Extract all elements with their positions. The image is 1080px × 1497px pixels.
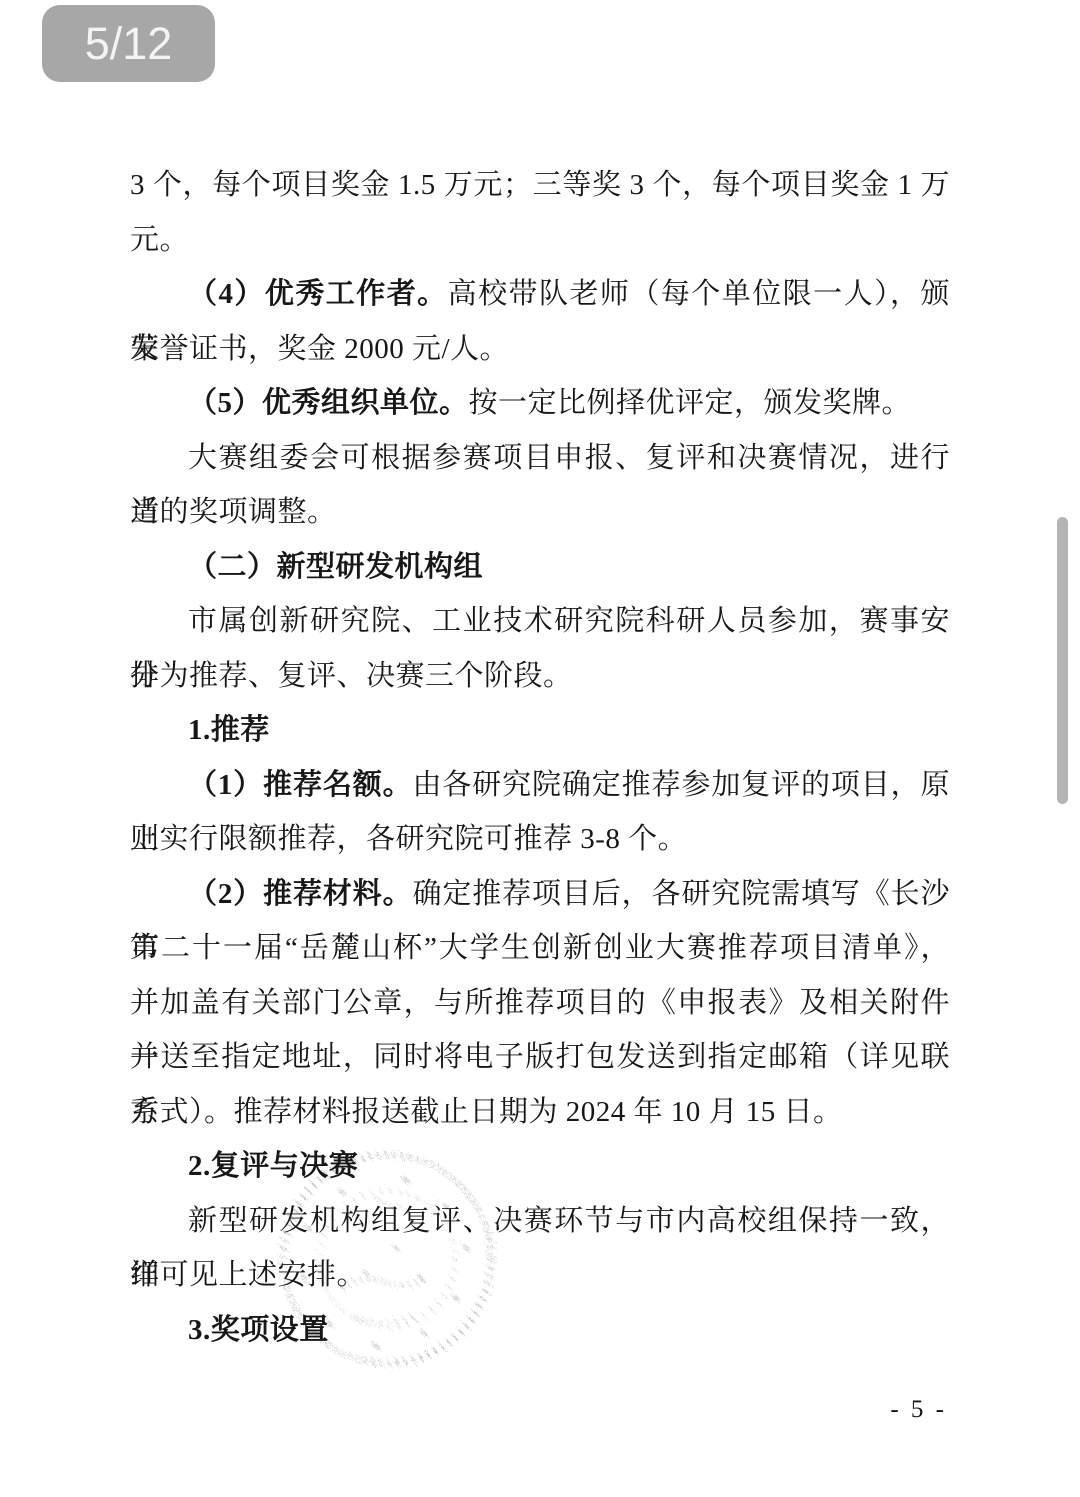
text-line: （二）新型研发机构组 bbox=[130, 540, 950, 595]
text-line: 细可见上述安排。 bbox=[130, 1248, 950, 1303]
text-line: 并加盖有关部门公章，与所推荐项目的《申报表》及相关附件一 bbox=[130, 976, 950, 1031]
text-run-bold: 1.推荐 bbox=[188, 714, 270, 746]
page-indicator-badge: 5/12 bbox=[42, 5, 215, 82]
text-line: 并送至指定地址，同时将电子版打包发送到指定邮箱（详见联系 bbox=[130, 1030, 950, 1085]
text-line: （4）优秀工作者。高校带队老师（每个单位限一人），颁发 bbox=[130, 267, 950, 322]
text-run-bold: （2）推荐材料。 bbox=[188, 878, 413, 910]
text-run: 荣誉证书，奖金 2000 元/人。 bbox=[130, 333, 509, 365]
text-run: 按一定比例择优评定，颁发奖牌。 bbox=[469, 387, 912, 419]
text-line: 分为推荐、复评、决赛三个阶段。 bbox=[130, 649, 950, 704]
text-line: 3.奖项设置 bbox=[130, 1303, 950, 1358]
text-line: 当的奖项调整。 bbox=[130, 485, 950, 540]
text-line: 1.推荐 bbox=[130, 703, 950, 758]
text-run-bold: 2.复评与决赛 bbox=[188, 1150, 358, 1182]
text-run: 方式）。推荐材料报送截止日期为 2024 年 10 月 15 日。 bbox=[130, 1096, 843, 1128]
text-line: 上实行限额推荐，各研究院可推荐 3-8 个。 bbox=[130, 812, 950, 867]
text-run: 3 个，每个项目奖金 1.5 万元；三等奖 3 个，每个项目奖金 1 万 bbox=[130, 169, 950, 201]
text-run-bold: （4）优秀工作者。 bbox=[188, 278, 448, 310]
text-run: 细可见上述安排。 bbox=[130, 1259, 366, 1291]
text-line: （2）推荐材料。确定推荐项目后，各研究院需填写《长沙市 bbox=[130, 867, 950, 922]
text-line: （5）优秀组织单位。按一定比例择优评定，颁发奖牌。 bbox=[130, 376, 950, 431]
text-line: 新型研发机构组复评、决赛环节与市内高校组保持一致，详 bbox=[130, 1194, 950, 1249]
text-run: 当的奖项调整。 bbox=[130, 496, 337, 528]
text-run: 第二十一届“岳麓山杯”大学生创新创业大赛推荐项目清单》， bbox=[130, 932, 950, 964]
scrollbar-thumb[interactable] bbox=[1057, 517, 1068, 804]
text-run: 元。 bbox=[130, 224, 189, 256]
text-line: 市属创新研究院、工业技术研究院科研人员参加，赛事安排 bbox=[130, 594, 950, 649]
text-line: 方式）。推荐材料报送截止日期为 2024 年 10 月 15 日。 bbox=[130, 1085, 950, 1140]
text-line: 2.复评与决赛 bbox=[130, 1139, 950, 1194]
text-run-bold: （1）推荐名额。 bbox=[188, 769, 413, 801]
text-run: 上实行限额推荐，各研究院可推荐 3-8 个。 bbox=[130, 823, 687, 855]
text-line: 3 个，每个项目奖金 1.5 万元；三等奖 3 个，每个项目奖金 1 万 bbox=[130, 158, 950, 213]
text-line: （1）推荐名额。由各研究院确定推荐参加复评的项目，原则 bbox=[130, 758, 950, 813]
text-run-bold: （二）新型研发机构组 bbox=[188, 551, 483, 583]
text-line: 元。 bbox=[130, 213, 950, 268]
text-line: 第二十一届“岳麓山杯”大学生创新创业大赛推荐项目清单》， bbox=[130, 921, 950, 976]
text-line: 荣誉证书，奖金 2000 元/人。 bbox=[130, 322, 950, 377]
document-body: 3 个，每个项目奖金 1.5 万元；三等奖 3 个，每个项目奖金 1 万元。（4… bbox=[130, 158, 950, 1357]
text-run: 分为推荐、复评、决赛三个阶段。 bbox=[130, 660, 573, 692]
document-viewer: 5/12 bbox=[0, 0, 1080, 1497]
text-run-bold: 3.奖项设置 bbox=[188, 1314, 329, 1346]
text-line: 大赛组委会可根据参赛项目申报、复评和决赛情况，进行适 bbox=[130, 431, 950, 486]
page-number: - 5 - bbox=[890, 1396, 947, 1424]
text-run-bold: （5）优秀组织单位。 bbox=[188, 387, 469, 419]
